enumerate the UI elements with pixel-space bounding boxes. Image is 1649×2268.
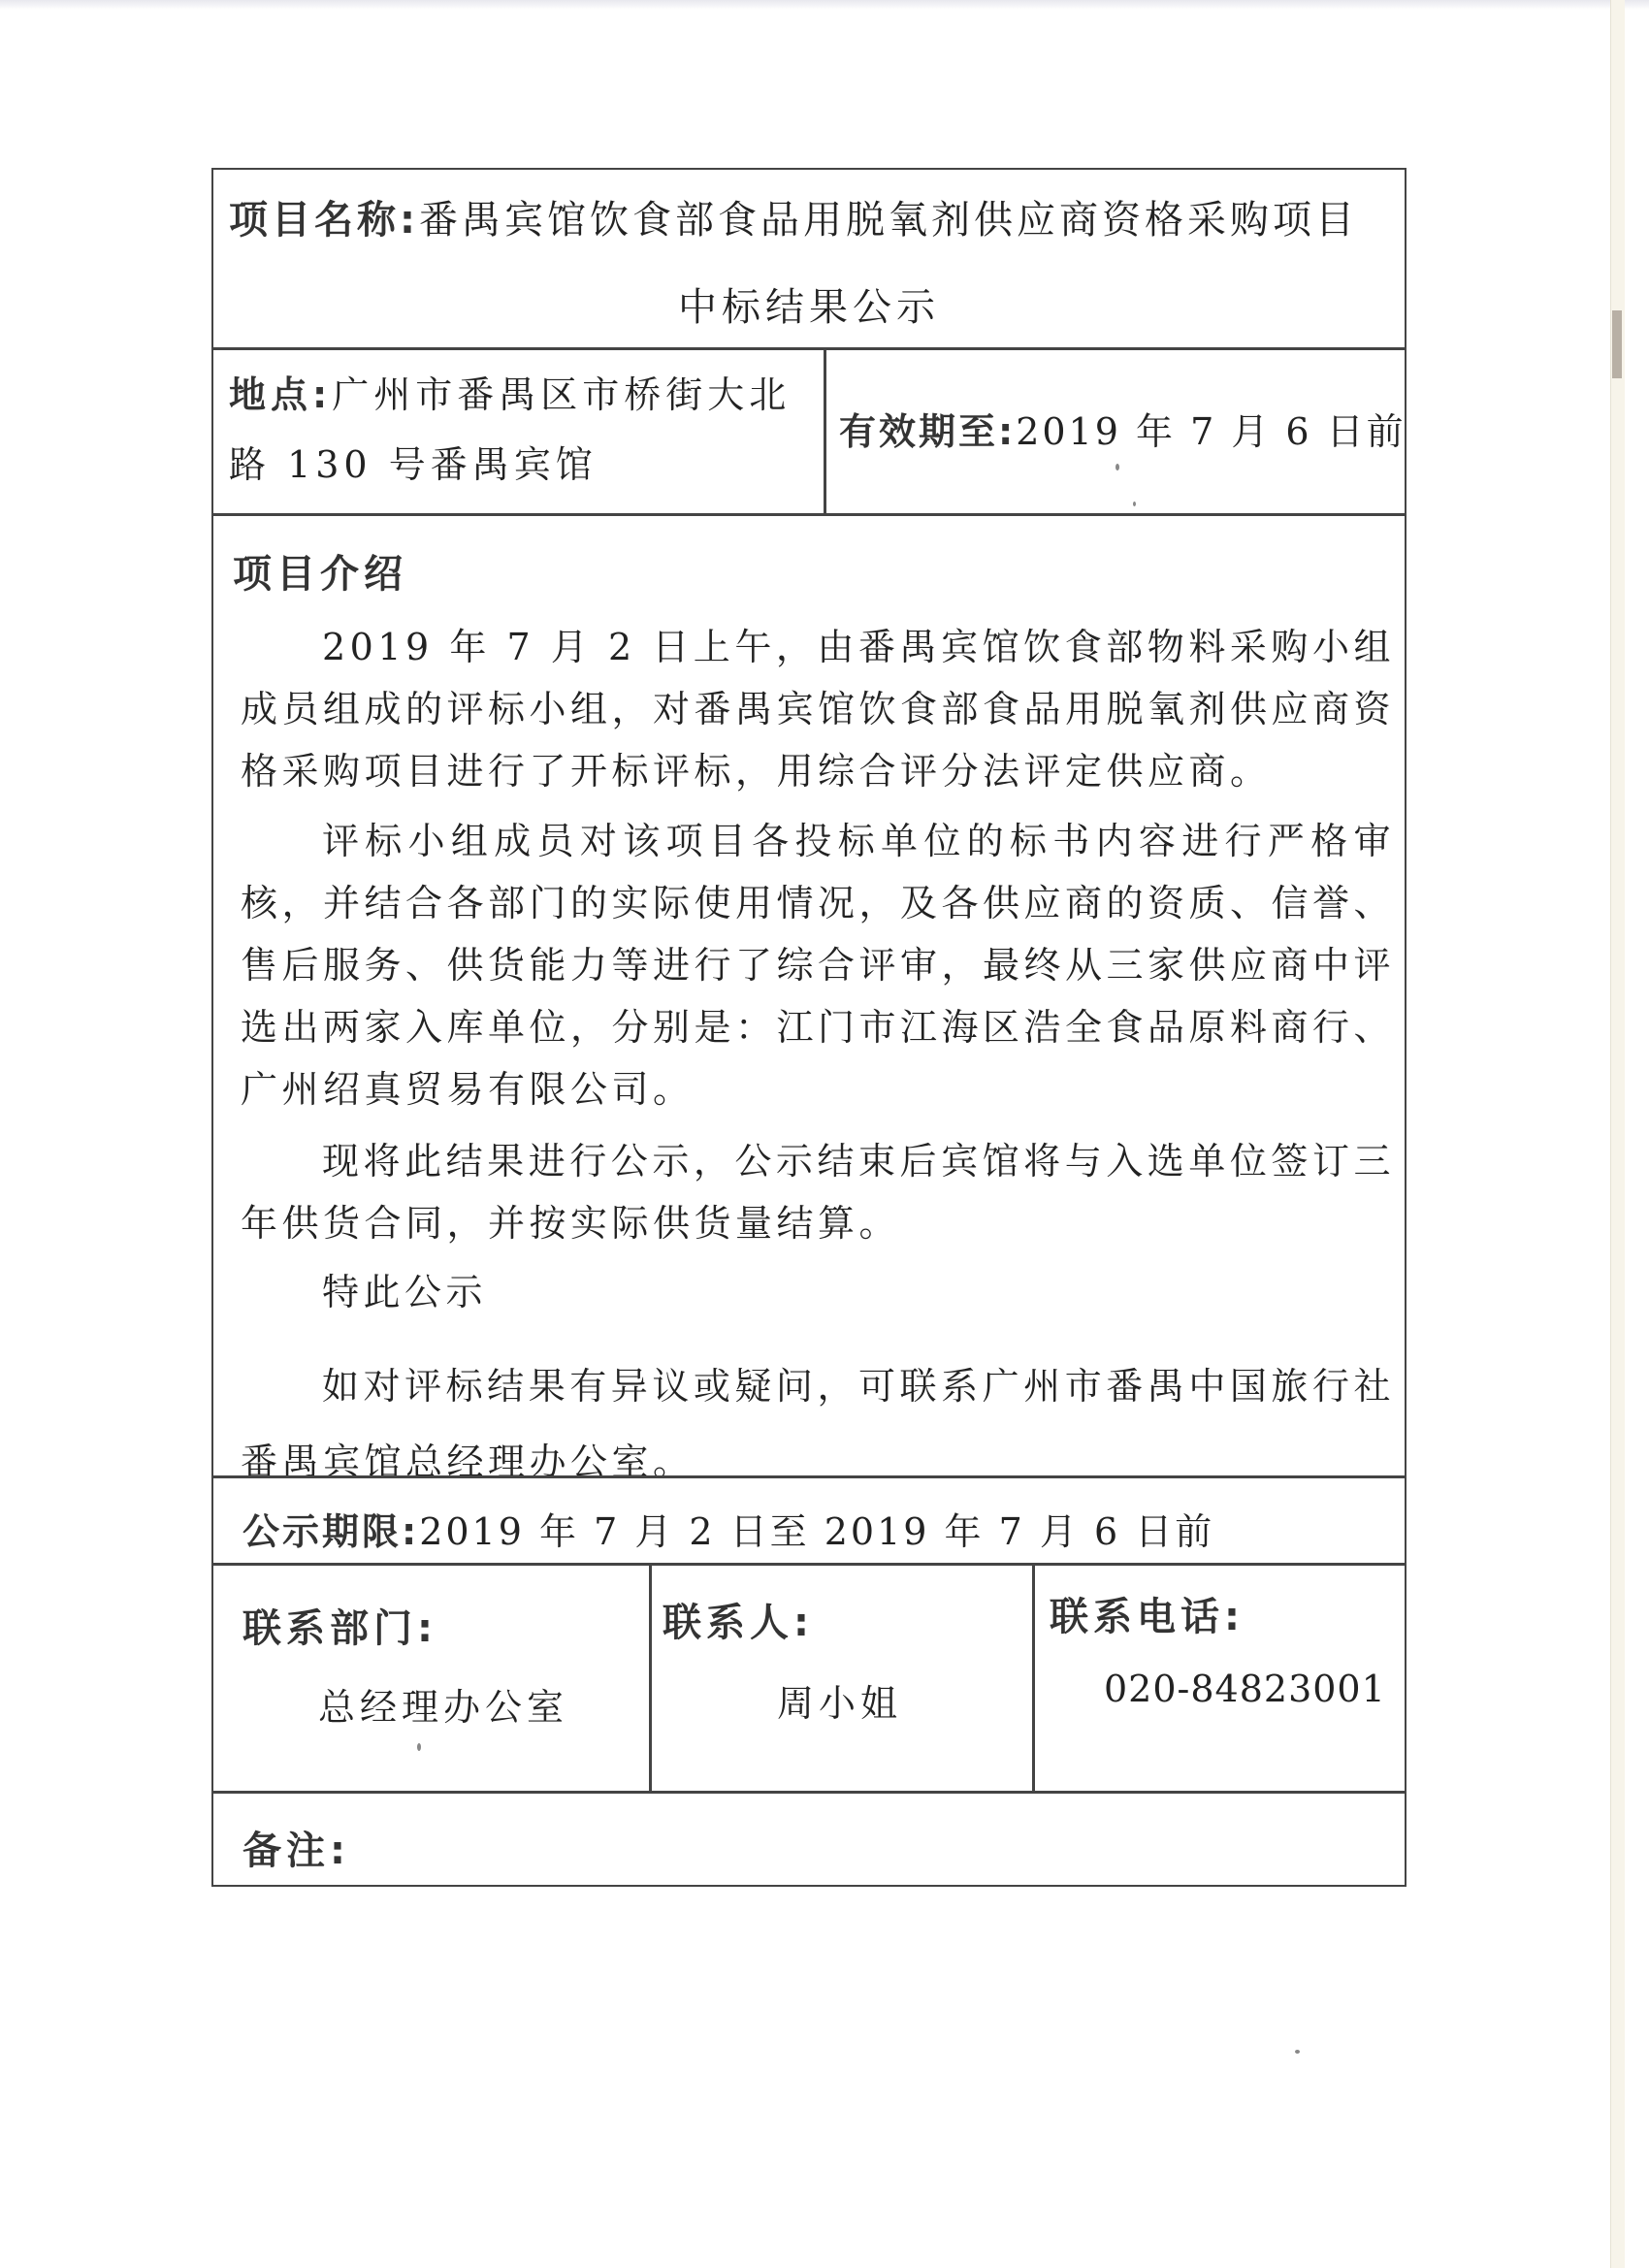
- title-label: 项目名称:: [229, 198, 419, 243]
- scan-speck: [417, 1743, 421, 1751]
- scan-speck: [1295, 2050, 1300, 2054]
- title-line2: 中标结果公示: [211, 276, 1406, 332]
- intro-paragraph-3: 现将此结果进行公示，公示结束后宾馆将与入选单位签订三年供货合同，并按实际供货量结…: [241, 1130, 1395, 1254]
- notice-period-value: 2019 年 7 月 2 日至 2019 年 7 月 6 日前: [419, 1510, 1214, 1553]
- department-label: 联系部门:: [242, 1598, 437, 1653]
- intro-paragraph-1: 2019 年 7 月 2 日上午，由番禺宾馆饮食部物料采购小组成员组成的评标小组…: [241, 616, 1395, 802]
- divider: [211, 1475, 1406, 1478]
- scan-speck: [1133, 502, 1136, 506]
- phone-label: 联系电话:: [1050, 1586, 1245, 1641]
- scan-top-shade: [0, 0, 1649, 10]
- location-line2: 路 130 号番禺宾馆: [229, 435, 598, 488]
- person-label: 联系人:: [663, 1592, 814, 1647]
- valid-until-cell: 有效期至:2019 年 7 月 6 日前: [825, 347, 1406, 513]
- notice-period-label: 公示期限:: [242, 1510, 419, 1553]
- contact-person-cell: 联系人: 周小姐: [651, 1563, 1032, 1791]
- location-cell: 地点:广州市番禺区市桥街大北 路 130 号番禺宾馆: [211, 347, 824, 513]
- scan-speck: [1115, 464, 1119, 470]
- valid-until-label: 有效期至:: [839, 410, 1016, 453]
- intro-paragraph-2: 评标小组成员对该项目各投标单位的标书内容进行严格审核，并结合各部门的实际使用情况…: [241, 810, 1395, 1120]
- department-value: 总经理办公室: [318, 1677, 568, 1731]
- intro-paragraph-4: 特此公示: [241, 1261, 1395, 1323]
- scan-smudge: [1612, 310, 1622, 378]
- intro-heading: 项目介绍: [233, 543, 407, 599]
- contact-department-cell: 联系部门: 总经理办公室: [211, 1563, 649, 1791]
- title-cell: 项目名称:番禺宾馆饮食部食品用脱氧剂供应商资格采购项目 中标结果公示: [211, 168, 1406, 347]
- location-label: 地点:: [229, 373, 332, 416]
- remarks-label: 备注:: [242, 1820, 350, 1875]
- divider: [211, 1791, 1406, 1794]
- divider: [211, 513, 1406, 516]
- title-line1: 番禺宾馆饮食部食品用脱氧剂供应商资格采购项目: [419, 198, 1358, 243]
- location-line1: 广州市番禺区市桥街大北: [332, 373, 791, 416]
- person-value: 周小姐: [777, 1673, 902, 1727]
- phone-value: 020-84823001: [1104, 1668, 1386, 1710]
- contact-phone-cell: 联系电话: 020-84823001: [1034, 1563, 1406, 1791]
- valid-until-value: 2019 年 7 月 6 日前: [1016, 410, 1406, 453]
